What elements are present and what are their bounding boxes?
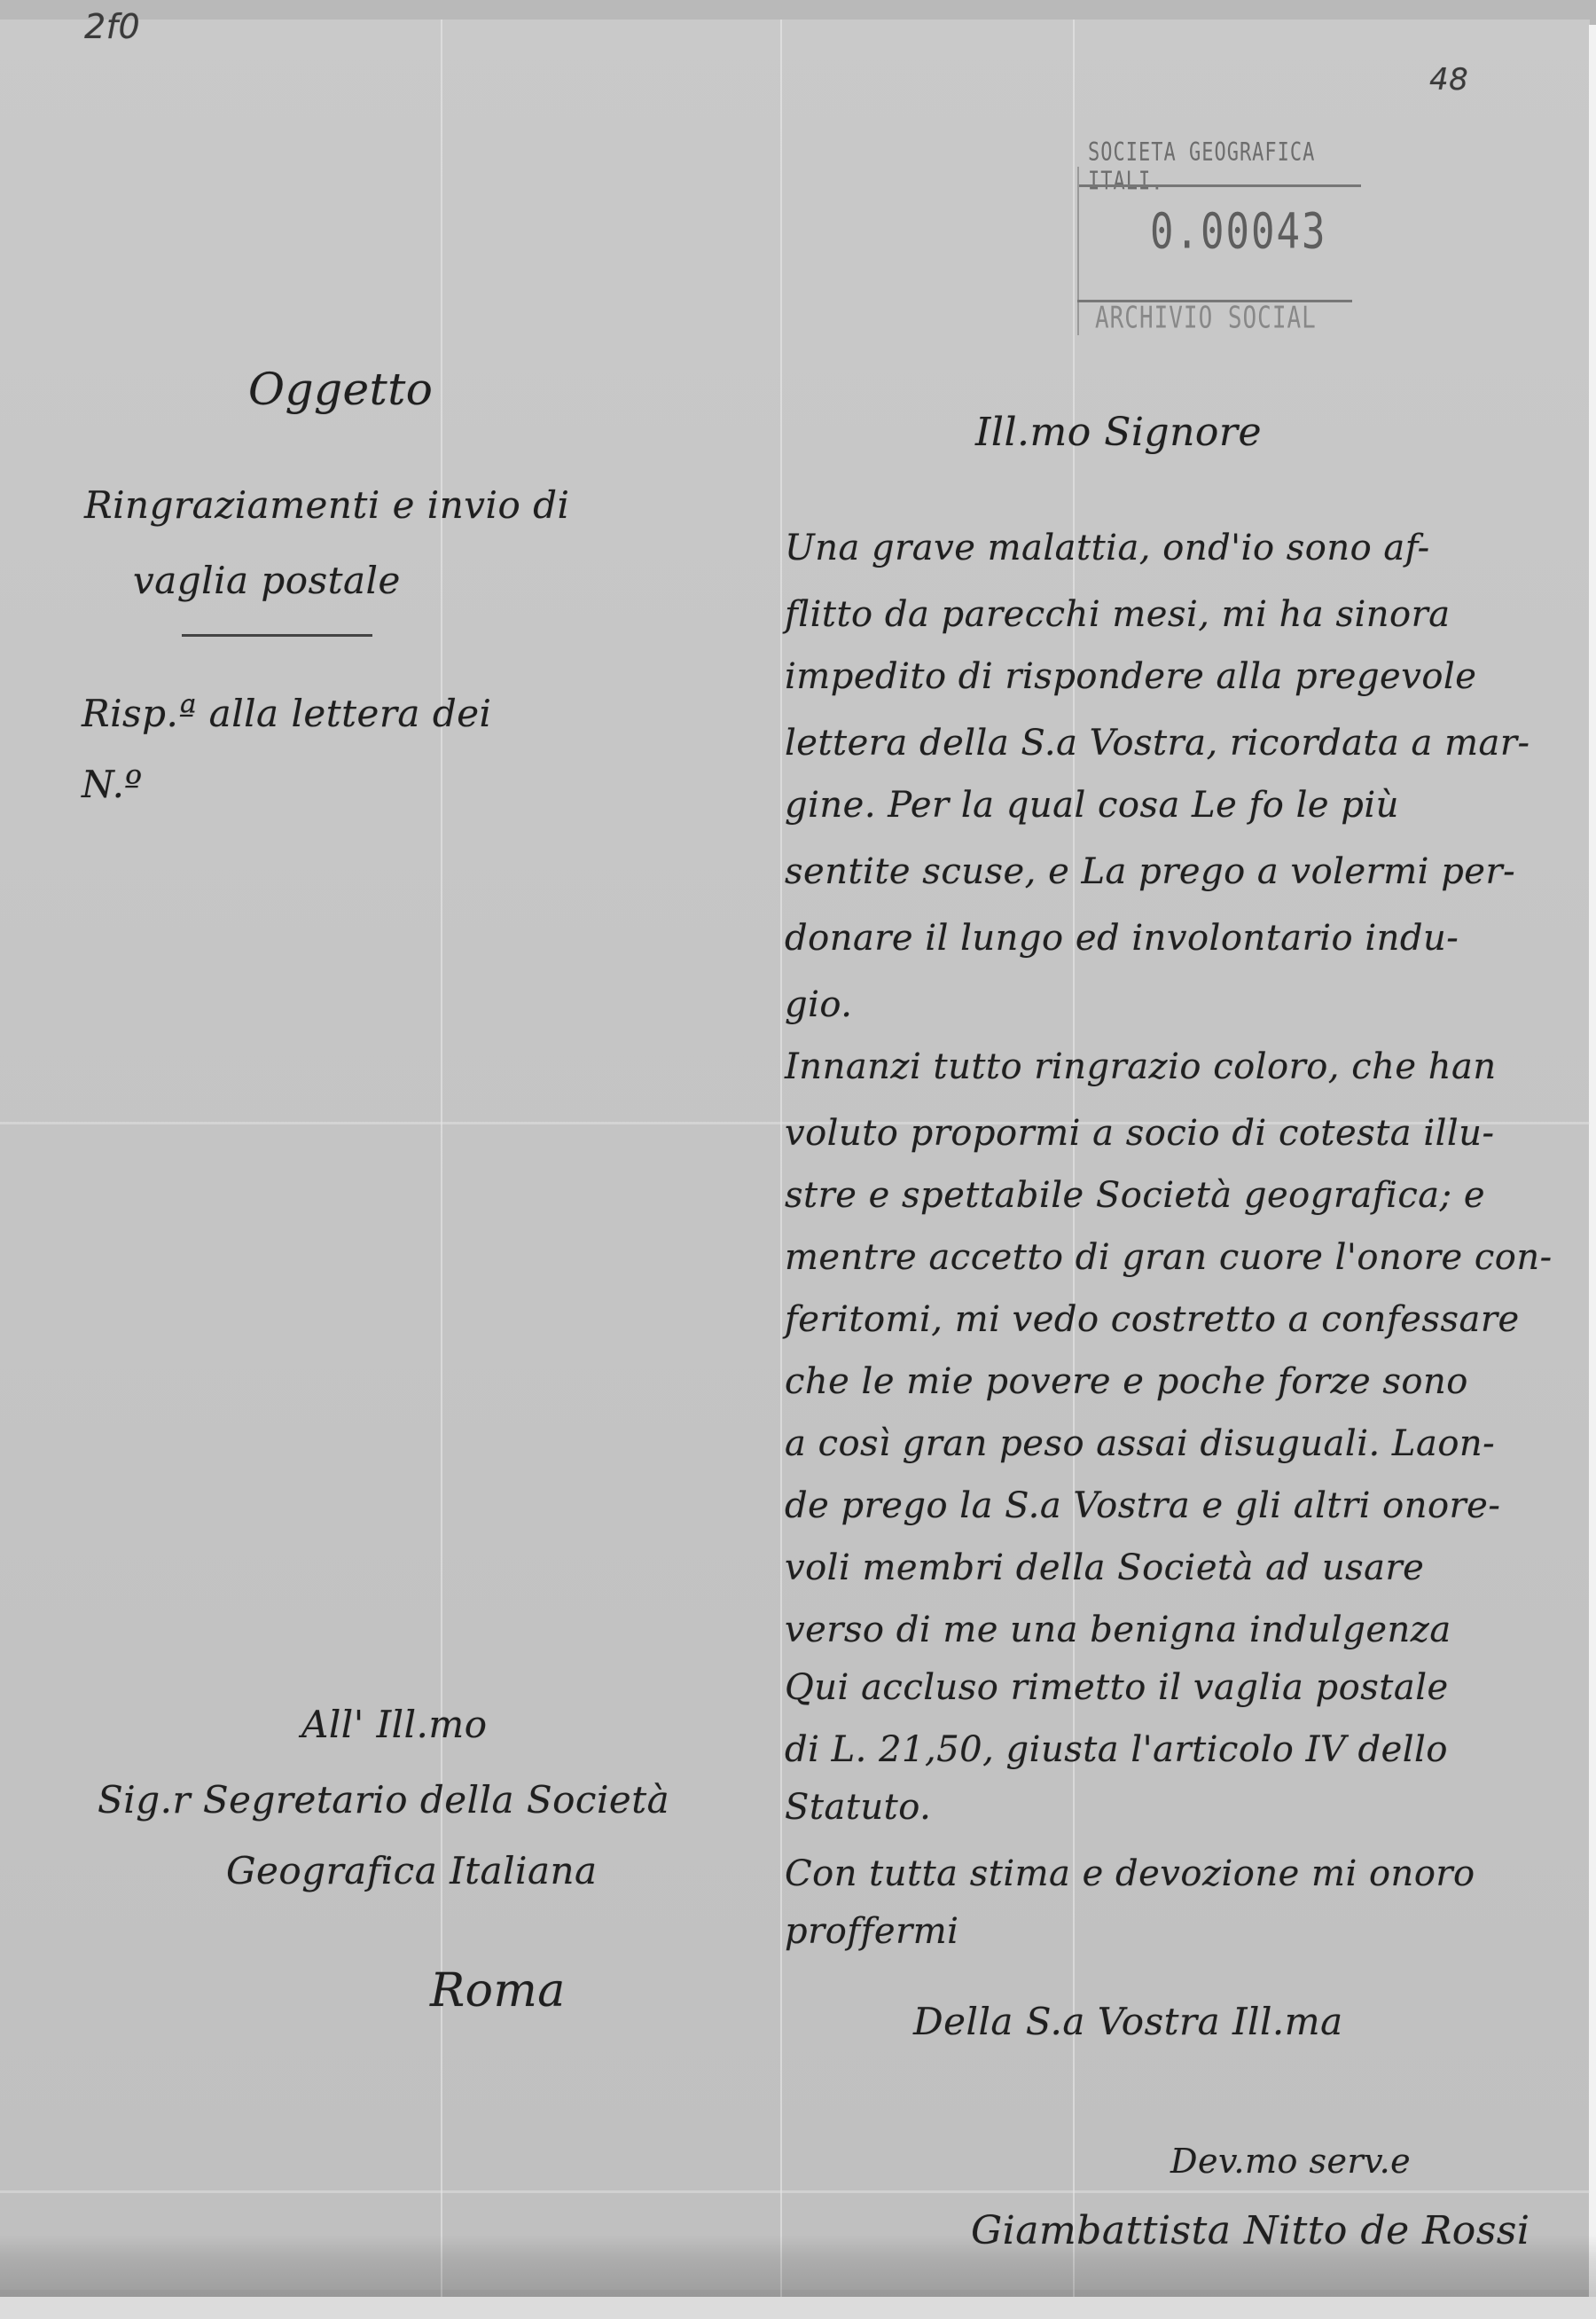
stamp-archive-label: ARCHIVIO SOCIAL [1095, 302, 1317, 336]
signature: Giambattista Nitto de Rossi [971, 2208, 1529, 2253]
letter-line: Statuto. [785, 1787, 931, 1828]
reply-reference-number: N.º [82, 763, 143, 806]
letter-line: stre e spettabile Società geografica; e [785, 1175, 1485, 1216]
letter-line: Qui accluso rimetto il vaglia postale [785, 1667, 1449, 1708]
reply-reference: Risp.ª alla lettera dei [82, 692, 492, 735]
archive-stamp: SOCIETA GEOGRAFICA ITALI. 0.00043 ARCHIV… [1077, 131, 1388, 344]
subject-underline [182, 634, 372, 637]
letter-line: sentite scuse, e La prego a volermi per- [785, 851, 1515, 892]
vertical-fold [441, 20, 442, 2299]
letter-line: flitto da parecchi mesi, mi ha sinora [785, 594, 1451, 635]
letter-line: feritomi, mi vedo costretto a confessare [785, 1299, 1520, 1340]
letter-line: che le mie povere e poche forze sono [785, 1361, 1468, 1402]
address-line: Sig.r Segretario della Società [98, 1778, 669, 1822]
letter-line: Innanzi tutto ringrazio coloro, che han [785, 1046, 1497, 1087]
letter-line: verso di me una benigna indulgenza [785, 1610, 1451, 1650]
letter-line: di L. 21,50, giusta l'articolo IV dello [785, 1729, 1448, 1770]
letter-line: de prego la S.a Vostra e gli altri onore… [785, 1485, 1500, 1526]
stamp-number: 0.00043 [1150, 204, 1326, 261]
subject-heading: Oggetto [248, 364, 433, 415]
letter-line: a così gran peso assai disuguali. Laon- [785, 1423, 1495, 1464]
letter-line: donare il lungo ed involontario indu- [785, 918, 1459, 959]
subject-line: vaglia postale [133, 559, 401, 602]
letter-line: mentre accetto di gran cuore l'onore con… [785, 1237, 1553, 1278]
letter-line: Una grave malattia, ond'io sono af- [785, 528, 1430, 568]
vertical-fold [1073, 20, 1075, 2299]
page-edge [1589, 25, 1596, 2319]
address-salutation: All' Ill.mo [301, 1703, 488, 1746]
letter-closing: Della S.a Vostra Ill.ma [913, 2000, 1343, 2043]
letter-line: lettera della S.a Vostra, ricordata a ma… [785, 723, 1530, 764]
archive-number: 2f0 [84, 7, 140, 46]
letter-line: impedito di rispondere alla pregevole [785, 656, 1476, 697]
letter-salutation: Ill.mo Signore [975, 410, 1262, 455]
letter-line: gio. [785, 984, 853, 1025]
vertical-fold [780, 20, 782, 2299]
page-number: 48 [1429, 62, 1468, 98]
letter-line: proffermi [785, 1911, 958, 1952]
letter-line: gine. Per la qual cosa Le fo le più [785, 785, 1399, 826]
letter-line: Con tutta stima e devozione mi onoro [785, 1853, 1475, 1894]
letter-valediction: Dev.mo serv.e [1170, 2142, 1411, 2181]
stamp-society-name: SOCIETA GEOGRAFICA ITALI. [1088, 139, 1388, 197]
subject-line: Ringraziamenti e invio di [84, 483, 569, 527]
address-line: Geografica Italiana [226, 1849, 598, 1892]
letter-line: voluto propormi a socio di cotesta illu- [785, 1113, 1495, 1154]
address-city: Roma [430, 1964, 566, 2017]
letter-line: voli membri della Società ad usare [785, 1547, 1424, 1588]
scan-background [0, 2297, 1596, 2319]
horizontal-fold [0, 2190, 1590, 2193]
